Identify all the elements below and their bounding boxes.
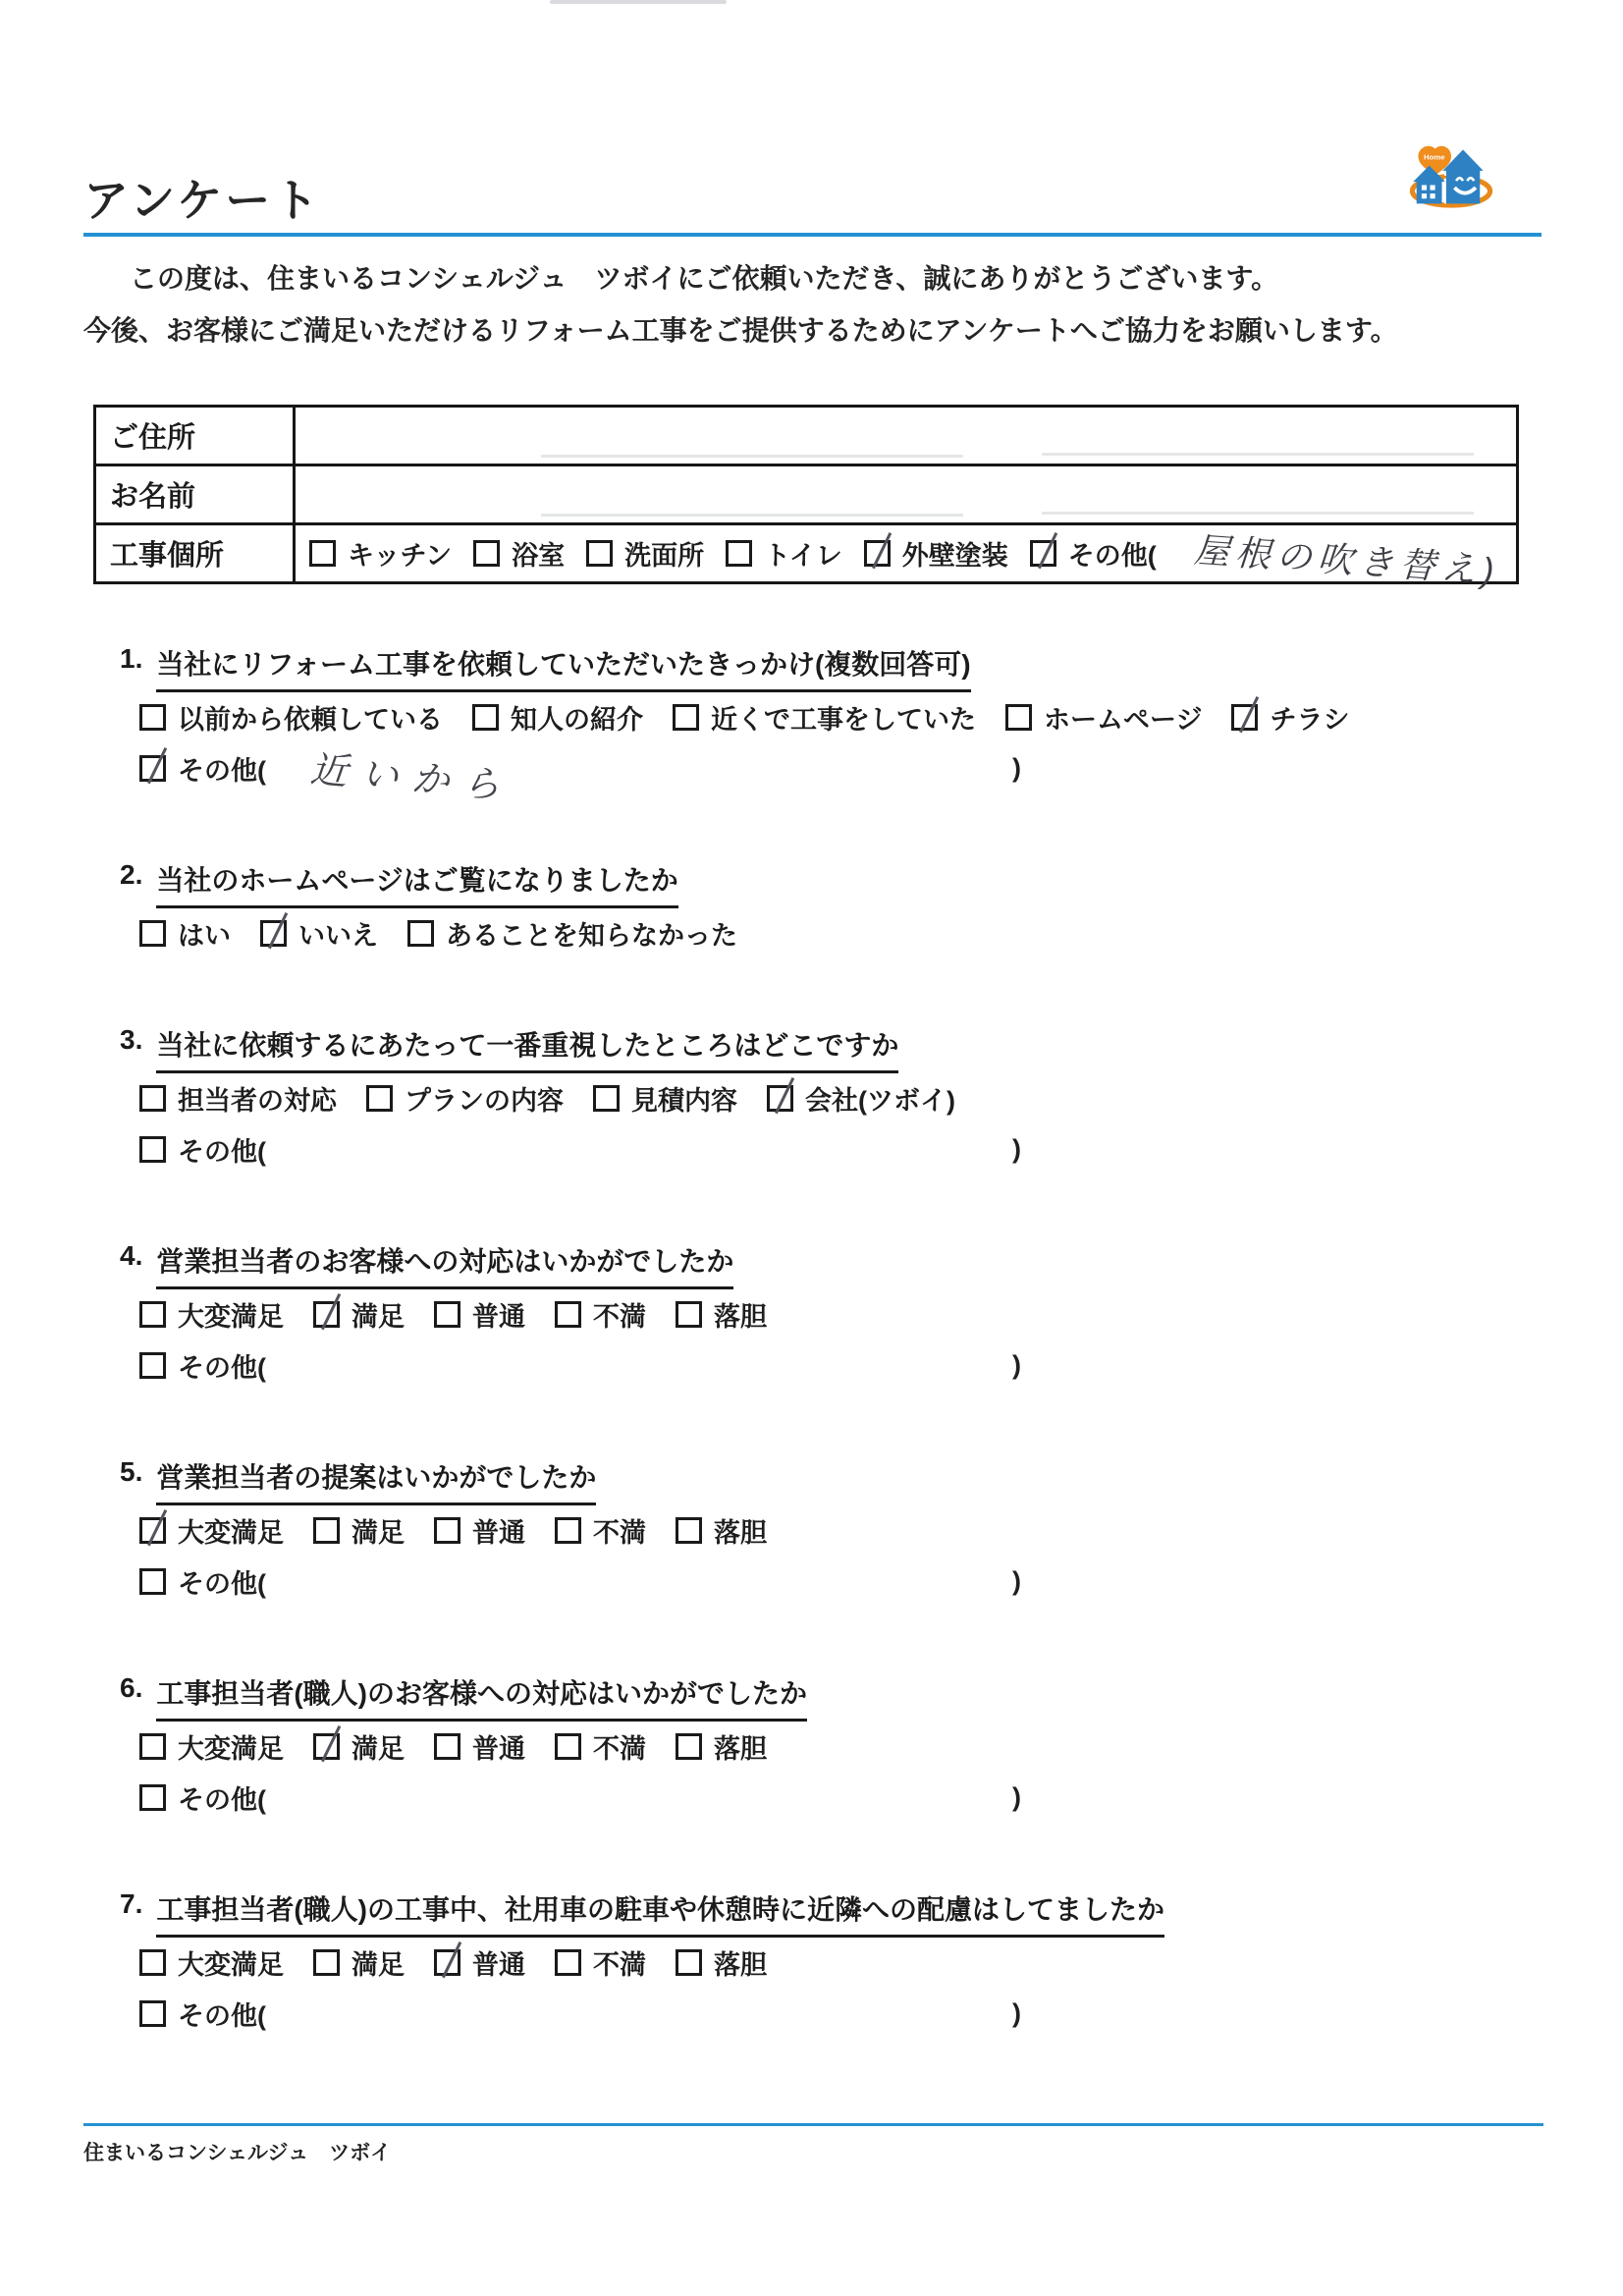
survey-option: 大変満足	[139, 1727, 284, 1766]
checkbox[interactable]	[313, 1733, 340, 1760]
checkbox[interactable]	[1231, 704, 1258, 731]
question-heading: 3. 当社に依頼するにあたって一番重視したところはどこですか	[120, 1024, 1546, 1060]
other-label: その他(	[178, 1562, 266, 1601]
question-block: 1. 当社にリフォーム工事を依頼していただいたきっかけ(複数回答可) 以前から依…	[83, 643, 1546, 791]
option-label: 落胆	[714, 1943, 767, 1982]
option-label: 落胆	[714, 1295, 767, 1334]
other-option-line: その他( )	[139, 1558, 1546, 1604]
close-paren: )	[1012, 1350, 1021, 1381]
survey-option: 満足	[313, 1511, 405, 1550]
question-options: 大変満足 満足 普通 不満 落胆	[139, 1507, 1546, 1553]
checkbox[interactable]	[434, 1301, 460, 1328]
info-row-value[interactable]	[295, 465, 1518, 524]
question-options: はい いいえ あることを知らなかった	[139, 910, 1546, 956]
checkbox[interactable]	[260, 920, 287, 947]
option-label: その他(	[1068, 534, 1157, 573]
other-label: その他(	[178, 1778, 266, 1817]
logo-big-house-body	[1446, 169, 1480, 203]
option-label: 浴室	[512, 534, 565, 573]
other-option-line: その他( )	[139, 1991, 1546, 2036]
checkbox[interactable]	[139, 1085, 166, 1112]
survey-option: 不満	[555, 1511, 646, 1550]
survey-option: 大変満足	[139, 1943, 284, 1982]
checkbox[interactable]	[139, 1517, 166, 1544]
question-heading: 6. 工事担当者(職人)のお客様への対応はいかがでしたか	[120, 1672, 1546, 1708]
survey-option: 不満	[555, 1727, 646, 1766]
survey-option: はい	[139, 914, 231, 953]
checkbox[interactable]	[139, 704, 166, 731]
title-divider	[83, 233, 1542, 237]
question-block: 5. 営業担当者の提案はいかがでしたか 大変満足 満足 普通 不満 落胆 その他…	[83, 1456, 1546, 1604]
info-row-label: お名前	[95, 465, 295, 524]
survey-option: 満足	[313, 1727, 405, 1766]
checkbox[interactable]	[366, 1085, 393, 1112]
other-label: その他(	[178, 1995, 266, 2033]
survey-option: 浴室	[473, 534, 565, 573]
question-block: 7. 工事担当者(職人)の工事中、社用車の駐車や休憩時に近隣への配慮はしてました…	[83, 1888, 1546, 2036]
other-label: その他(	[178, 1346, 266, 1385]
scan-artifact	[541, 514, 963, 517]
checkbox[interactable]	[555, 1949, 581, 1976]
checkbox[interactable]	[434, 1733, 460, 1760]
survey-option: 知人の紹介	[472, 698, 643, 737]
option-label: トイレ	[764, 534, 842, 573]
scan-artifact	[1042, 512, 1474, 515]
checkbox[interactable]	[767, 1085, 793, 1112]
option-label: あることを知らなかった	[446, 914, 737, 953]
question-title: 工事担当者(職人)のお客様への対応はいかがでしたか	[156, 1672, 807, 1722]
checkbox[interactable]	[313, 1949, 340, 1976]
checkbox[interactable]	[673, 704, 699, 731]
survey-option: プランの内容	[366, 1079, 564, 1118]
close-paren: )	[1012, 1782, 1021, 1813]
checkbox[interactable]	[555, 1733, 581, 1760]
close-paren: )	[1012, 1566, 1021, 1597]
question-heading: 7. 工事担当者(職人)の工事中、社用車の駐車や休憩時に近隣への配慮はしてました…	[120, 1888, 1546, 1924]
checkbox[interactable]	[864, 540, 891, 567]
question-number: 3.	[120, 1024, 142, 1056]
option-label: 不満	[593, 1511, 646, 1550]
close-paren: )	[1012, 1998, 1021, 2029]
option-label: いいえ	[298, 914, 378, 953]
info-table-body: ご住所 お名前 工事個所 キッチン 浴室 洗面所 トイレ 外壁塗装 その他( 屋…	[95, 407, 1518, 583]
survey-option: いいえ	[260, 914, 378, 953]
option-label: 見積内容	[631, 1079, 737, 1118]
question-heading: 4. 営業担当者のお客様への対応はいかがでしたか	[120, 1240, 1546, 1276]
survey-option: 落胆	[676, 1511, 767, 1550]
question-options: 担当者の対応 プランの内容 見積内容 会社(ツボイ)	[139, 1075, 1546, 1121]
scan-artifact	[1042, 453, 1474, 456]
checkbox[interactable]	[313, 1517, 340, 1544]
survey-option: 大変満足	[139, 1295, 284, 1334]
survey-option: 普通	[434, 1727, 525, 1766]
option-label: 以前から依頼している	[178, 698, 443, 737]
checkbox[interactable]	[139, 1136, 166, 1163]
question-options: 大変満足 満足 普通 不満 落胆	[139, 1940, 1546, 1985]
other-label: その他(	[178, 1130, 266, 1169]
question-number: 5.	[120, 1456, 142, 1488]
other-option-line: その他( )	[139, 1126, 1546, 1172]
survey-option: 不満	[555, 1295, 646, 1334]
question-number: 7.	[120, 1888, 142, 1920]
checkbox[interactable]	[726, 540, 752, 567]
question-title: 営業担当者のお客様への対応はいかがでしたか	[156, 1240, 733, 1289]
question-number: 6.	[120, 1672, 142, 1704]
checkbox[interactable]	[676, 1517, 702, 1544]
question-options: 大変満足 満足 普通 不満 落胆	[139, 1723, 1546, 1769]
survey-option: 落胆	[676, 1295, 767, 1334]
option-label: 普通	[472, 1511, 525, 1550]
option-label: プランの内容	[405, 1079, 564, 1118]
survey-option: 満足	[313, 1943, 405, 1982]
option-label: 洗面所	[624, 534, 704, 573]
checkbox[interactable]	[139, 1784, 166, 1811]
checkbox[interactable]	[139, 755, 166, 782]
option-label: 会社(ツボイ)	[805, 1079, 955, 1118]
survey-option: ホームページ	[1005, 698, 1202, 737]
survey-option: 満足	[313, 1295, 405, 1334]
page-title: アンケート	[83, 165, 321, 230]
question-options: 以前から依頼している 知人の紹介 近くで工事をしていた ホームページ チラシ	[139, 694, 1546, 739]
survey-option: キッチン	[309, 534, 452, 573]
customer-info-table: ご住所 お名前 工事個所 キッチン 浴室 洗面所 トイレ 外壁塗装 その他( 屋…	[93, 405, 1519, 584]
question-title: 営業担当者の提案はいかがでしたか	[156, 1456, 596, 1505]
checkbox[interactable]	[472, 704, 499, 731]
question-title: 当社に依頼するにあたって一番重視したところはどこですか	[156, 1024, 898, 1073]
option-label: 外壁塗装	[902, 534, 1008, 573]
option-label: 満足	[352, 1295, 405, 1334]
other-label: その他(	[178, 749, 266, 788]
option-label: 満足	[352, 1943, 405, 1982]
other-option-line: その他( )	[139, 1342, 1546, 1388]
scan-artifact	[550, 0, 727, 4]
option-label: 大変満足	[178, 1511, 284, 1550]
survey-option: 見積内容	[593, 1079, 737, 1118]
other-option-line: その他( )	[139, 1775, 1546, 1820]
option-label: 大変満足	[178, 1295, 284, 1334]
close-paren: )	[1012, 1134, 1021, 1165]
question-title: 当社にリフォーム工事を依頼していただいたきっかけ(複数回答可)	[156, 643, 970, 692]
checkbox[interactable]	[139, 1301, 166, 1328]
option-label: 満足	[352, 1511, 405, 1550]
survey-option: 大変満足	[139, 1511, 284, 1550]
question-heading: 5. 営業担当者の提案はいかがでしたか	[120, 1456, 1546, 1492]
svg-text:Home: Home	[1424, 153, 1445, 162]
survey-option: 普通	[434, 1295, 525, 1334]
info-table-row: ご住所	[95, 407, 1518, 465]
handwritten-answer: 近いから	[308, 738, 516, 810]
question-title: 工事担当者(職人)の工事中、社用車の駐車や休憩時に近隣への配慮はしてましたか	[156, 1888, 1164, 1938]
checkbox[interactable]	[586, 540, 613, 567]
survey-option: 普通	[434, 1943, 525, 1982]
checkbox[interactable]	[139, 1352, 166, 1379]
survey-option: 会社(ツボイ)	[767, 1079, 955, 1118]
scan-artifact	[541, 455, 963, 458]
checkbox[interactable]	[139, 920, 166, 947]
option-label: 落胆	[714, 1727, 767, 1766]
option-label: 不満	[593, 1943, 646, 1982]
option-label: 普通	[472, 1727, 525, 1766]
question-list: 1. 当社にリフォーム工事を依頼していただいたきっかけ(複数回答可) 以前から依…	[83, 643, 1546, 2105]
checkbox[interactable]	[676, 1301, 702, 1328]
other-option-line: その他( 近いから )	[139, 745, 1546, 791]
question-number: 4.	[120, 1240, 142, 1272]
other-answer-area[interactable]	[266, 1342, 1012, 1388]
other-answer-area[interactable]	[266, 1126, 1012, 1172]
survey-option: 不満	[555, 1943, 646, 1982]
info-row-label: 工事個所	[95, 524, 295, 583]
other-answer-area[interactable]	[266, 1775, 1012, 1820]
logo-small-house-body	[1417, 181, 1442, 203]
question-number: 2.	[120, 859, 142, 891]
checkbox[interactable]	[139, 1949, 166, 1976]
survey-option: チラシ	[1231, 698, 1349, 737]
checkbox[interactable]	[139, 1568, 166, 1595]
survey-option: 落胆	[676, 1943, 767, 1982]
footer-divider	[83, 2123, 1543, 2126]
survey-option: 担当者の対応	[139, 1079, 337, 1118]
survey-option: 普通	[434, 1511, 525, 1550]
survey-option: 以前から依頼している	[139, 698, 443, 737]
option-label: 大変満足	[178, 1943, 284, 1982]
survey-option: 近くで工事をしていた	[673, 698, 976, 737]
other-answer-area[interactable]: 近いから	[266, 745, 1012, 791]
option-label: 担当者の対応	[178, 1079, 337, 1118]
survey-option: 落胆	[676, 1727, 767, 1766]
checkbox[interactable]	[676, 1949, 702, 1976]
question-block: 6. 工事担当者(職人)のお客様への対応はいかがでしたか 大変満足 満足 普通 …	[83, 1672, 1546, 1820]
question-block: 3. 当社に依頼するにあたって一番重視したところはどこですか 担当者の対応 プラ…	[83, 1024, 1546, 1172]
option-label: 大変満足	[178, 1727, 284, 1766]
info-row-value[interactable]	[295, 407, 1518, 465]
question-heading: 1. 当社にリフォーム工事を依頼していただいたきっかけ(複数回答可)	[120, 643, 1546, 679]
option-label: はい	[178, 914, 231, 953]
option-label: 落胆	[714, 1511, 767, 1550]
option-label: 普通	[472, 1943, 525, 1982]
option-label: 知人の紹介	[511, 698, 643, 737]
checkbox[interactable]	[676, 1733, 702, 1760]
option-label: チラシ	[1270, 698, 1349, 737]
checkbox[interactable]	[1030, 540, 1056, 567]
footer-company-name: 住まいるコンシェルジュ ツボイ	[83, 2137, 391, 2166]
option-label: 普通	[472, 1295, 525, 1334]
option-label: 不満	[593, 1727, 646, 1766]
company-home-logo-icon: Home	[1409, 136, 1493, 216]
option-label: 不満	[593, 1295, 646, 1334]
checkbox[interactable]	[434, 1517, 460, 1544]
checkbox[interactable]	[555, 1517, 581, 1544]
info-row-label: ご住所	[95, 407, 295, 465]
info-table-row: お名前	[95, 465, 1518, 524]
checkbox[interactable]	[309, 540, 336, 567]
option-label: 近くで工事をしていた	[711, 698, 976, 737]
survey-option: 外壁塗装	[864, 534, 1008, 573]
checkbox[interactable]	[593, 1085, 620, 1112]
intro-line-2: 今後、お客様にご満足いただけるリフォーム工事をご提供するためにアンケートへご協力…	[83, 309, 1398, 349]
intro-line-1: この度は、住まいるコンシェルジュ ツボイにご依頼いただき、誠にありがとうございま…	[130, 257, 1278, 297]
checkbox[interactable]	[313, 1301, 340, 1328]
question-number: 1.	[120, 643, 142, 675]
question-heading: 2. 当社のホームページはご覧になりましたか	[120, 859, 1546, 895]
checkbox[interactable]	[139, 1733, 166, 1760]
other-answer-area[interactable]	[266, 1991, 1012, 2036]
survey-option: あることを知らなかった	[407, 914, 737, 953]
option-label: 満足	[352, 1727, 405, 1766]
survey-option: その他(	[1030, 534, 1157, 573]
checkbox[interactable]	[434, 1949, 460, 1976]
other-answer-area[interactable]	[266, 1558, 1012, 1604]
checkbox[interactable]	[1005, 704, 1032, 731]
option-label: ホームページ	[1044, 698, 1202, 737]
checkbox[interactable]	[407, 920, 434, 947]
close-paren: )	[1012, 753, 1021, 784]
scanned-survey-page: アンケート Home この度は、住まいるコンシェルジュ ツボイにご依頼いただき、…	[0, 0, 1623, 2296]
checkbox[interactable]	[139, 2000, 166, 2027]
question-options: 大変満足 満足 普通 不満 落胆	[139, 1291, 1546, 1337]
question-title: 当社のホームページはご覧になりましたか	[156, 859, 677, 908]
checkbox[interactable]	[473, 540, 500, 567]
question-block: 4. 営業担当者のお客様への対応はいかがでしたか 大変満足 満足 普通 不満 落…	[83, 1240, 1546, 1388]
survey-option: トイレ	[726, 534, 842, 573]
question-block: 2. 当社のホームページはご覧になりましたか はい いいえ あることを知らなかっ…	[83, 859, 1546, 956]
survey-option: 洗面所	[586, 534, 704, 573]
work-location-row: 工事個所 キッチン 浴室 洗面所 トイレ 外壁塗装 その他( 屋根の吹き替え)	[95, 524, 1518, 583]
option-label: キッチン	[348, 534, 452, 573]
checkbox[interactable]	[555, 1301, 581, 1328]
